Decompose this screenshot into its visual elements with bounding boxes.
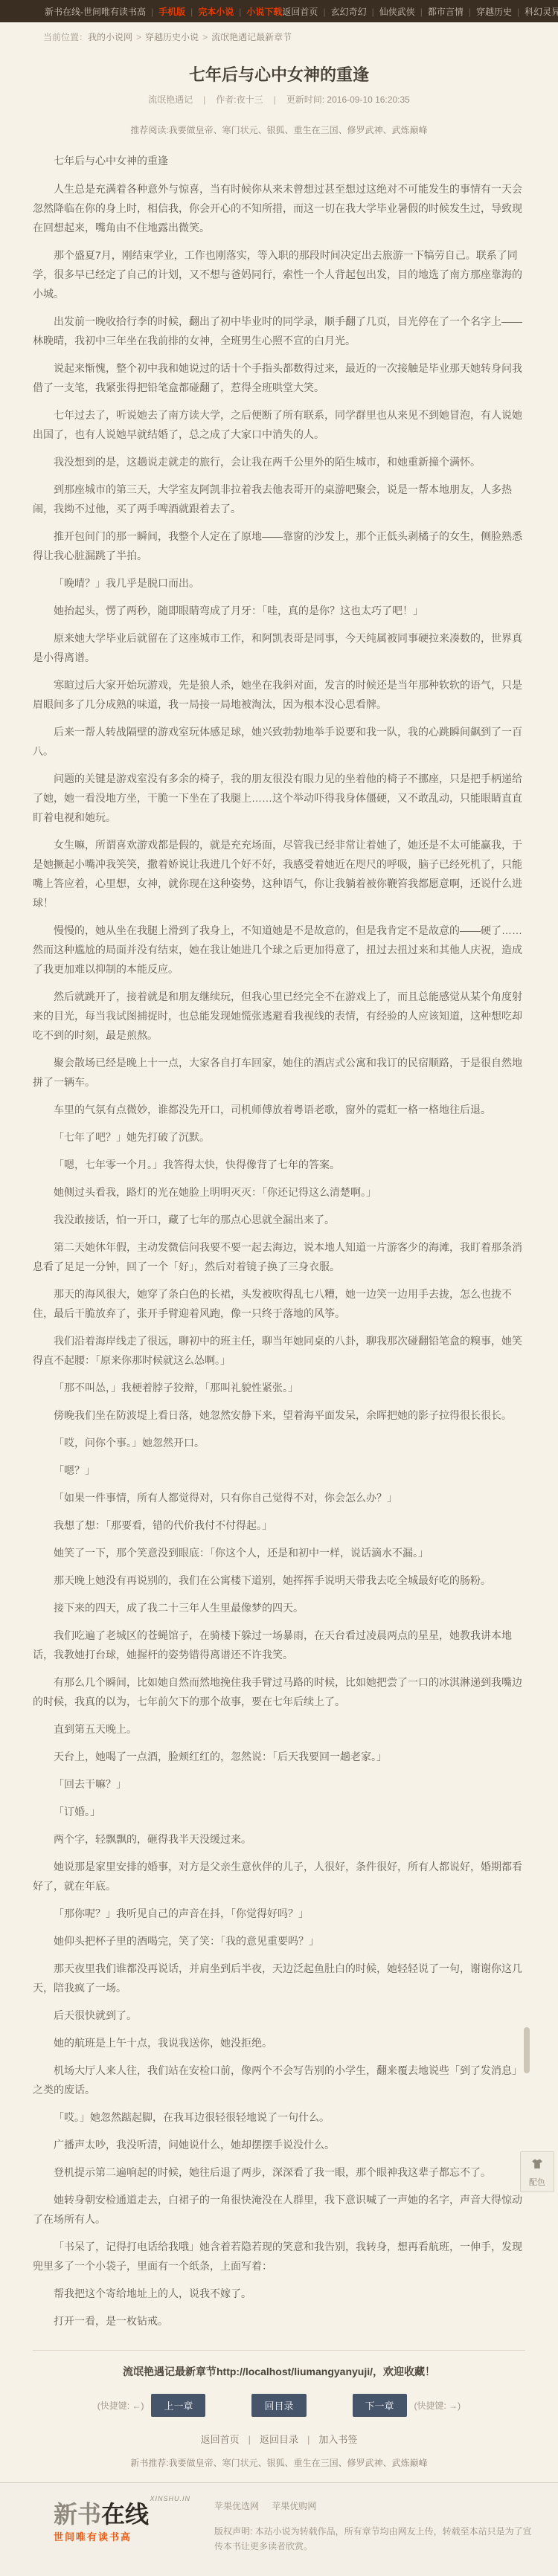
scrollbar-thumb[interactable] bbox=[524, 2027, 530, 2073]
chapter-paragraph-10: 原来她大学毕业后就留在了这座城市工作，和阿凯表哥是同事，今天纯属被同事硬拉来凑数… bbox=[33, 628, 525, 667]
chapter-paragraph-2: 出发前一晚收拾行李的时候，翻出了初中毕业时的同学录，顺手翻了几页，目光停在了一个… bbox=[33, 312, 525, 350]
page: 新书在线-世间唯有读书高 |手机版|完本小说|小说下载 返回首页|玄幻奇幻|仙侠… bbox=[0, 0, 558, 2576]
logo-text: 新书在线 bbox=[54, 2501, 201, 2528]
separator: | bbox=[190, 7, 193, 17]
prev-chapter-button[interactable]: 上一章 bbox=[151, 2394, 205, 2417]
chapter-pager: (快捷键: ←) 上一章 回目录 下一章 (快捷键: →) bbox=[0, 2394, 558, 2417]
logo-domain-text: XINSHU.IN bbox=[150, 2495, 190, 2502]
book-name-link[interactable]: 流氓艳遇记 bbox=[148, 94, 193, 105]
topbar-right-link-1[interactable]: 玄幻奇幻 bbox=[331, 7, 367, 17]
notice-prefix: 流氓艳遇记最新章节 bbox=[123, 2366, 217, 2377]
tshirt-icon bbox=[529, 2157, 545, 2171]
chapter-paragraph-9: 她抬起头，愣了两秒，随即眼睛弯成了月牙：「哇，真的是你？这也太巧了吧！」 bbox=[33, 601, 525, 620]
topbar-right-group: 返回首页|玄幻奇幻|仙侠武侠|都市言情|穿越历史|科幻灵异|同人网游|小说排行榜… bbox=[282, 2, 558, 21]
chapter-paragraph-19: 「七年了吧？」她先打破了沉默。 bbox=[33, 1127, 525, 1147]
chapter-paragraph-14: 女生嘛，所谓喜欢游戏都是假的，就是充充场面，尽管我已经非常让着她了，她还是不太可… bbox=[33, 835, 525, 912]
shortcut-left-hint: (快捷键: ←) bbox=[97, 2399, 144, 2412]
chapter-paragraph-29: 「嗯？」 bbox=[33, 1461, 525, 1480]
page-title: 七年后与心中女神的重逢 bbox=[0, 62, 558, 86]
separator: | bbox=[372, 7, 374, 17]
chapter-heading: 七年后与心中女神的重逢 bbox=[33, 151, 525, 170]
chapter-paragraph-53: 「书呆了，记得打电话给我哦」她含着若隐若现的笑意和我告别，我转身，想再看航班，一… bbox=[33, 2237, 525, 2276]
separator: > bbox=[136, 32, 141, 42]
notice-url: http://localhost/liumangyanyuji/ bbox=[217, 2366, 373, 2377]
separator: | bbox=[469, 7, 471, 17]
chapter-paragraph-33: 那天晚上她没有再说别的，我们在公寓楼下道别，她挥挥手说明天带我去吃全城最好吃的肠… bbox=[33, 1571, 525, 1590]
chapter-paragraph-47: 她的航班是上午十点，我说我送你，她没拒绝。 bbox=[33, 2033, 525, 2052]
separator: | bbox=[274, 94, 276, 105]
chapter-paragraphs: 人生总是充满着各种意外与惊喜，当有时候你从来未曾想过甚至想过这绝对不可能发生的事… bbox=[33, 179, 525, 2331]
breadcrumb: 当前位置：我的小说网>穿越历史小说>流氓艳遇记最新章节 bbox=[0, 22, 558, 43]
bookmark-notice: 流氓艳遇记最新章节http://localhost/liumangyanyuji… bbox=[0, 2364, 558, 2379]
chapter-paragraph-34: 接下来的四天，成了我二十三年人生里最像梦的四天。 bbox=[33, 1598, 525, 1617]
breadcrumb-prefix: 当前位置： bbox=[43, 32, 88, 42]
site-slogan: 新书在线-世间唯有读书高 bbox=[45, 5, 146, 18]
chapter-paragraph-38: 天台上，她喝了一点酒，脸颊红红的，忽然说：「后天我要回一趟老家。」 bbox=[33, 1747, 525, 1766]
chapter-paragraph-51: 登机提示第二遍响起的时候，她往后退了两步，深深看了我一眼，那个眼神我这辈子都忘不… bbox=[33, 2163, 525, 2182]
chapter-paragraph-4: 七年过去了，听说她去了南方读大学，之后便断了所有联系，同学群里也从来见不到她冒泡… bbox=[33, 405, 525, 444]
chapter-paragraph-24: 那天的海风很大，她穿了条白色的长裙，头发被吹得乱七八糟，她一边笑一边用手去拢，怎… bbox=[33, 1284, 525, 1323]
footer: XINSHU.IN 新书在线 世间唯有读书高 苹果优选网 苹果优购网 版权声明:… bbox=[0, 2482, 558, 2576]
chapter-paragraph-42: 她说那是家里安排的婚事，对方是父亲生意伙伴的儿子，人很好，条件很好，所有人都说好… bbox=[33, 1857, 525, 1896]
color-skin-button[interactable]: 配色 bbox=[520, 2151, 554, 2192]
logo-text-part1: 新书 bbox=[54, 2501, 101, 2528]
topbar-left-group: 新书在线-世间唯有读书高 |手机版|完本小说|小说下载 bbox=[45, 5, 282, 18]
chapter-paragraph-50: 广播声太吵，我没听清，问她说什么，她却摆摆手说没什么。 bbox=[33, 2135, 525, 2154]
chapter-paragraph-26: 「那不叫怂，」我梗着脖子狡辩，「那叫礼貌性紧张。」 bbox=[33, 1378, 525, 1397]
chapter-paragraph-28: 「哎，问你个事。」她忽然开口。 bbox=[33, 1433, 525, 1452]
separator: | bbox=[517, 7, 519, 17]
chapter-paragraph-30: 「如果一件事情，所有人都觉得对，只有你自己觉得不对，你会怎么办？」 bbox=[33, 1488, 525, 1507]
separator: | bbox=[307, 2434, 310, 2445]
chapter-paragraph-44: 她仰头把杯子里的酒喝完，笑了笑：「我的意见重要吗？」 bbox=[33, 1931, 525, 1951]
chapter-paragraph-35: 我们吃遍了老城区的苍蝇馆子，在骑楼下躲过一场暴雨，在天台看过凌晨两点的星星，她教… bbox=[33, 1626, 525, 1664]
separator: | bbox=[420, 7, 423, 17]
topbar-left-link-1[interactable]: 完本小说 bbox=[198, 7, 234, 17]
shortcut-right-hint: (快捷键: →) bbox=[414, 2399, 461, 2412]
footer-links: 苹果优选网 苹果优购网 bbox=[214, 2499, 536, 2512]
notice-suffix: ，欢迎收藏！ bbox=[373, 2366, 435, 2377]
chapter-paragraph-48: 机场大厅人来人往，我们站在安检口前，像两个不会写告别的小学生，翻来覆去地说些「到… bbox=[33, 2061, 525, 2099]
bottom-link-0[interactable]: 返回首页 bbox=[201, 2434, 240, 2445]
author-label: 作者:夜十三 bbox=[216, 94, 263, 105]
logo-tagline: 世间唯有读书高 bbox=[54, 2529, 201, 2543]
topbar-right-link-4[interactable]: 穿越历史 bbox=[476, 7, 512, 17]
chapter-meta: 流氓艳遇记|作者:夜十三|更新时间: 2016-09-10 16:20:35 bbox=[0, 93, 558, 106]
table-of-contents-button[interactable]: 回目录 bbox=[251, 2394, 306, 2417]
chapter-paragraph-15: 慢慢的，她从坐在我腿上滑到了我身上，不知道她是不是故意的，但是我肯定不是故意的—… bbox=[33, 921, 525, 979]
topbar-left-links: |手机版|完本小说|小说下载 bbox=[146, 5, 282, 18]
chapter-paragraph-0: 人生总是充满着各种意外与惊喜，当有时候你从来未曾想过甚至想过这绝对不可能发生的事… bbox=[33, 179, 525, 237]
bottom-link-2[interactable]: 加入书签 bbox=[318, 2434, 357, 2445]
separator: | bbox=[203, 94, 205, 105]
chapter-paragraph-43: 「那你呢？」我听见自己的声音在抖，「你觉得好吗？」 bbox=[33, 1904, 525, 1923]
chapter-paragraph-45: 那天夜里我们谁都没再说话，并肩坐到后半夜，天边泛起鱼肚白的时候，她轻轻说了一句，… bbox=[33, 1959, 525, 1997]
footer-link-1[interactable]: 苹果优购网 bbox=[272, 2501, 316, 2511]
chapter-paragraph-3: 说起来惭愧，整个初中我和她说过的话十个手指头都数得过来，最近的一次接触是毕业那天… bbox=[33, 358, 525, 397]
copyright-statement: 版权声明: 本站小说为转载作品，所有章节均由网友上传，转载至本站只是为了宣传本书… bbox=[214, 2524, 536, 2554]
breadcrumb-item-2[interactable]: 流氓艳遇记最新章节 bbox=[211, 32, 292, 42]
chapter-content: 七年后与心中女神的重逢 人生总是充满着各种意外与惊喜，当有时候你从来未曾想过甚至… bbox=[33, 151, 525, 2331]
chapter-paragraph-25: 我们沿着海岸线走了很远，聊初中的班主任，聊当年她同桌的八卦，聊我那次碰翻铅笔盒的… bbox=[33, 1331, 525, 1370]
chapter-paragraph-52: 她转身朝安检通道走去，白裙子的一角很快淹没在人群里，我下意识喊了一声她的名字，声… bbox=[33, 2190, 525, 2229]
chapter-paragraph-49: 「哎。」她忽然踮起脚，在我耳边很轻很轻地说了一句什么。 bbox=[33, 2108, 525, 2127]
chapter-paragraph-8: 「晚晴？」我几乎是脱口而出。 bbox=[33, 573, 525, 593]
chapter-paragraph-5: 我没想到的是，这趟说走就走的旅行，会让我在两千公里外的陌生城市，和她重新撞个满怀… bbox=[33, 452, 525, 471]
chapter-paragraph-22: 我没敢接话，怕一开口，藏了七年的那点心思就全漏出来了。 bbox=[33, 1210, 525, 1229]
chapter-paragraph-1: 那个盛夏7月，刚结束学业，工作也刚落实，等入职的那段时间决定出去旅游一下犒劳自己… bbox=[33, 245, 525, 303]
separator: | bbox=[248, 2434, 251, 2445]
content-divider bbox=[33, 2350, 525, 2351]
topbar-left-link-2[interactable]: 小说下载 bbox=[246, 7, 282, 17]
chapter-paragraph-12: 后来一帮人转战隔壁的游戏室玩体感足球，她兴致勃勃地举手说要和我一队，我的心跳瞬间… bbox=[33, 722, 525, 761]
chapter-paragraph-20: 「嗯，七年零一个月。」我答得太快，快得像背了七年的答案。 bbox=[33, 1155, 525, 1174]
chapter-paragraph-32: 她笑了一下，那个笑意没到眼底：「你这个人，还是和初中一样，说话滴水不漏。」 bbox=[33, 1543, 525, 1562]
color-skin-label: 配色 bbox=[521, 2176, 554, 2188]
topbar-right-link-5[interactable]: 科幻灵异 bbox=[525, 7, 558, 17]
chapter-paragraph-46: 后天很快就到了。 bbox=[33, 2006, 525, 2025]
chapter-paragraph-7: 推开包间门的那一瞬间，我整个人定在了原地——靠窗的沙发上，那个正低头剥橘子的女生… bbox=[33, 527, 525, 565]
update-time: 更新时间: 2016-09-10 16:20:35 bbox=[286, 94, 410, 105]
chapter-paragraph-21: 她侧过头看我，路灯的光在她脸上明明灭灭：「你还记得这么清楚啊。」 bbox=[33, 1182, 525, 1202]
next-chapter-button[interactable]: 下一章 bbox=[353, 2394, 407, 2417]
bottom-links-row: 返回首页|返回目录|加入书签 bbox=[0, 2432, 558, 2446]
chapter-paragraph-54: 帮我把这个寄给地址上的人，说我不嫁了。 bbox=[33, 2284, 525, 2303]
chapter-paragraph-23: 第二天她休年假，主动发微信问我要不要一起去海边，说本地人知道一片游客少的海滩，我… bbox=[33, 1237, 525, 1276]
topbar-right-link-2[interactable]: 仙侠武侠 bbox=[379, 7, 415, 17]
chapter-paragraph-11: 寒暄过后大家开始玩游戏，先是狼人杀，她坐在我斜对面，发言的时候还是当年那种软软的… bbox=[33, 675, 525, 714]
chapter-paragraph-36: 有那么几个瞬间，比如她自然而然地挽住我手臂过马路的时候，比如她把尝了一口的冰淇淋… bbox=[33, 1672, 525, 1711]
chapter-paragraph-27: 傍晚我们坐在防波堤上看日落，她忽然安静下来，望着海平面发呆，余晖把她的影子拉得很… bbox=[33, 1405, 525, 1425]
new-book-recommend-line: 新书推荐:我要做皇帝、寒门状元、银狐、重生在三国、修罗武神、武炼巅峰 bbox=[0, 2456, 558, 2469]
bottom-link-1[interactable]: 返回目录 bbox=[260, 2434, 298, 2445]
chapter-paragraph-18: 车里的气氛有点微妙，谁都没先开口，司机师傅放着粤语老歌，窗外的霓虹一格一格地往后… bbox=[33, 1100, 525, 1119]
separator: | bbox=[151, 7, 153, 17]
topbar-right-link-3[interactable]: 都市言情 bbox=[428, 7, 464, 17]
chapter-paragraph-17: 聚会散场已经是晚上十一点，大家各自打车回家，她住的酒店式公寓和我订的民宿顺路，于… bbox=[33, 1053, 525, 1092]
topbar-right-links: 返回首页|玄幻奇幻|仙侠武侠|都市言情|穿越历史|科幻灵异|同人网游|小说排行榜… bbox=[282, 5, 558, 18]
chapter-paragraph-37: 直到第五天晚上。 bbox=[33, 1719, 525, 1739]
breadcrumb-item-0[interactable]: 我的小说网 bbox=[88, 32, 132, 42]
chapter-paragraph-31: 我想了想：「那要看，错的代价我付不付得起。」 bbox=[33, 1516, 525, 1535]
chapter-paragraph-16: 然后就跳开了，接着就是和朋友继续玩，但我心里已经完全不在游戏上了，而且总能感觉从… bbox=[33, 987, 525, 1045]
logo-text-part2: 在线 bbox=[101, 2501, 149, 2528]
chapter-paragraph-39: 「回去干嘛？」 bbox=[33, 1774, 525, 1794]
separator: | bbox=[323, 7, 325, 17]
separator: | bbox=[239, 7, 241, 17]
chapter-paragraph-55: 打开一看，是一枚钻戒。 bbox=[33, 2311, 525, 2331]
chapter-paragraph-41: 两个字，轻飘飘的，砸得我半天没缓过来。 bbox=[33, 1829, 525, 1849]
topbar-left-link-0[interactable]: 手机版 bbox=[158, 7, 185, 17]
site-logo: XINSHU.IN 新书在线 世间唯有读书高 bbox=[54, 2495, 201, 2554]
chapter-paragraph-40: 「订婚。」 bbox=[33, 1802, 525, 1821]
recommend-reading-line: 推荐阅读:我要做皇帝、寒门状元、银狐、重生在三国、修罗武神、武炼巅峰 bbox=[0, 123, 558, 136]
chapter-paragraph-13: 问题的关键是游戏室没有多余的椅子，我的朋友很没有眼力见的坐着他的椅子不挪座，只是… bbox=[33, 769, 525, 827]
top-nav-bar: 新书在线-世间唯有读书高 |手机版|完本小说|小说下载 返回首页|玄幻奇幻|仙侠… bbox=[0, 0, 558, 22]
breadcrumb-item-1[interactable]: 穿越历史小说 bbox=[145, 32, 199, 42]
topbar-right-link-0[interactable]: 返回首页 bbox=[282, 7, 318, 17]
chapter-paragraph-6: 到那座城市的第三天，大学室友阿凯非拉着我去他表哥开的桌游吧聚会，说是一帮本地朋友… bbox=[33, 480, 525, 518]
separator: > bbox=[202, 32, 208, 42]
footer-link-0[interactable]: 苹果优选网 bbox=[214, 2501, 259, 2511]
footer-info: 苹果优选网 苹果优购网 版权声明: 本站小说为转载作品，所有章节均由网友上传，转… bbox=[201, 2495, 558, 2554]
